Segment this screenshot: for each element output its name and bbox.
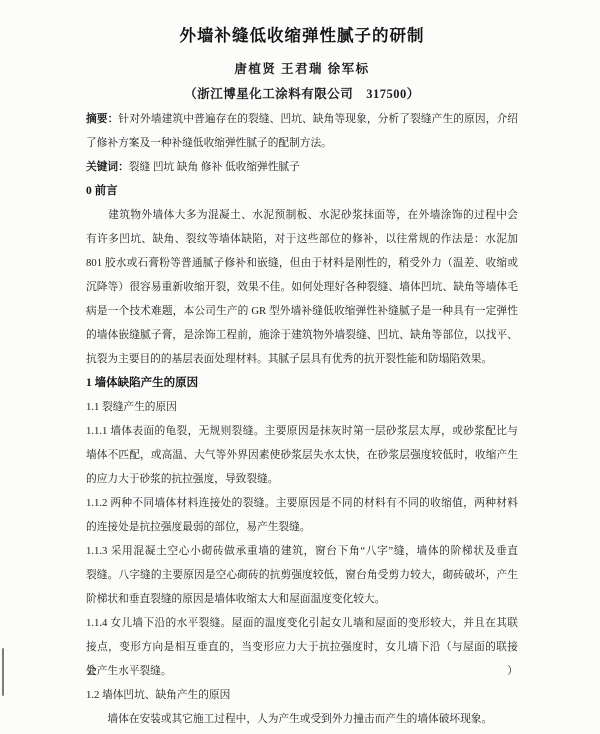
keywords-line: 关键词：裂缝 凹坑 缺角 修补 低收缩弹性腻子 bbox=[86, 155, 518, 179]
page-title: 外墙补缝低收缩弹性腻子的研制 bbox=[86, 22, 518, 46]
text-line: 裂缝。八字缝的主要原因是空心砌砖的抗剪强度较低，窗台角受剪力较大，砌砖破坏，产生 bbox=[86, 563, 518, 587]
text-line: 1.1.3 采用混凝土空心小砌砖做承重墙的建筑，窗台下角“八字”缝，墙体的阶梯状… bbox=[86, 539, 518, 563]
abstract-text-1: 针对外墙建筑中普遍存在的裂缝、凹坑、缺角等现象，分析了裂缝产生的原因，介绍 bbox=[118, 113, 518, 125]
page-content: 外墙补缝低收缩弹性腻子的研制 唐植贤 王君瑞 徐军标 （浙江博星化工涂料有限公司… bbox=[86, 14, 518, 731]
text-line: 的墙体嵌缝腻子膏，是涂饰工程前，施涂于建筑物外墙裂缝、凹坑、缺角等部位，以找平、 bbox=[86, 323, 518, 347]
affiliation-line: （浙江博星化工涂料有限公司 317500） bbox=[86, 84, 518, 102]
body-text: 摘要：针对外墙建筑中普遍存在的裂缝、凹坑、缺角等现象，分析了裂缝产生的原因，介绍… bbox=[86, 107, 518, 731]
keywords-text: 裂缝 凹坑 缺角 修补 低收缩弹性腻子 bbox=[129, 161, 300, 173]
abstract-line-2: 了修补方案及一种补缝低收缩弹性腻子的配制方法。 bbox=[86, 131, 518, 155]
text-line: 有许多凹坑、缺角、裂纹等墙体缺陷，对于这些部位的修补，以往常规的作法是：水泥加 bbox=[86, 227, 518, 251]
paragraph: 1.1.4 女儿墙下沿的水平裂缝。屋面的温度变化引起女儿墙和屋面的变形较大，并且… bbox=[86, 611, 518, 683]
text-line: 墙体在安装或其它施工过程中，人为产生或受到外力撞击而产生的墙体破坏现象。 bbox=[86, 707, 518, 731]
text-line: 病是一个技术难题，本公司生产的 GR 型外墙补缝低收缩弹性补缝腻子是一种具有一定… bbox=[86, 299, 518, 323]
paragraph: 1.1.1 墙体表面的龟裂，无规则裂缝。主要原因是抹灰时第一层砂浆层太厚，或砂浆… bbox=[86, 419, 518, 491]
section-heading: 1.2 墙体凹坑、缺角产生的原因 bbox=[86, 683, 518, 707]
authors-line: 唐植贤 王君瑞 徐军标 bbox=[86, 59, 518, 77]
abstract-label: 摘要： bbox=[86, 113, 118, 125]
abstract-line-1: 摘要：针对外墙建筑中普遍存在的裂缝、凹坑、缺角等现象，分析了裂缝产生的原因，介绍 bbox=[86, 107, 518, 131]
text-line: 墙体不匹配，或高温、大气等外界因素使砂浆层失水太快，在砂浆层强度较低时，收缩产生 bbox=[86, 443, 518, 467]
text-line: 801 胶水或石膏粉等普通腻子修补和嵌缝，但由于材料是刚性的，稍受外力（温差、收… bbox=[86, 251, 518, 275]
scan-artifact bbox=[2, 648, 4, 696]
text-line: 建筑物外墙体大多为混凝土、水泥预制板、水泥砂浆抹面等，在外墙涂饰的过程中会 bbox=[86, 203, 518, 227]
paragraph: 1.1.3 采用混凝土空心小砌砖做承重墙的建筑，窗台下角“八字”缝，墙体的阶梯状… bbox=[86, 539, 518, 611]
document-page: 外墙补缝低收缩弹性腻子的研制 唐植贤 王君瑞 徐军标 （浙江博星化工涂料有限公司… bbox=[0, 0, 600, 734]
section-heading: 1 墙体缺陷产生的原因 bbox=[86, 371, 518, 395]
text-line: 1.1.4 女儿墙下沿的水平裂缝。屋面的温度变化引起女儿墙和屋面的变形较大，并且… bbox=[86, 611, 518, 635]
abstract-text-2: 了修补方案及一种补缝低收缩弹性腻子的配制方法。 bbox=[86, 137, 332, 149]
section-heading: 1.1 裂缝产生的原因 bbox=[86, 395, 518, 419]
paragraph: 1.1.2 两种不同墙体材料连接处的裂缝。主要原因是不同的材料有不同的收缩值，两… bbox=[86, 491, 518, 539]
section-heading: 0 前言 bbox=[86, 179, 518, 203]
paragraph: 建筑物外墙体大多为混凝土、水泥预制板、水泥砂浆抹面等，在外墙涂饰的过程中会有许多… bbox=[86, 203, 518, 371]
text-line: 接点，变形方向是相互垂直的，当变形应力大于抗拉强度时，女儿墙下沿（与屋面的联接处… bbox=[86, 635, 518, 659]
text-line: 的应力大于砂浆的抗拉强度，导致裂缝。 bbox=[86, 467, 518, 491]
keywords-label: 关键词： bbox=[86, 161, 129, 173]
text-line: 1.1.2 两种不同墙体材料连接处的裂缝。主要原因是不同的材料有不同的收缩值，两… bbox=[86, 491, 518, 515]
sections-host: 0 前言 建筑物外墙体大多为混凝土、水泥预制板、水泥砂浆抹面等，在外墙涂饰的过程… bbox=[86, 179, 518, 731]
text-line: 1.1.1 墙体表面的龟裂，无规则裂缝。主要原因是抹灰时第一层砂浆层太厚，或砂浆… bbox=[86, 419, 518, 443]
paragraph: 墙体在安装或其它施工过程中，人为产生或受到外力撞击而产生的墙体破坏现象。 bbox=[86, 707, 518, 731]
text-line: 抗裂为主要目的的基层表面处理材料。其腻子层具有优秀的抗开裂性能和防塌陷效果。 bbox=[86, 347, 518, 371]
text-line: 阶梯状和垂直裂缝的原因是墙体收缩太大和屋面温度变化较大。 bbox=[86, 587, 518, 611]
text-line: 沉降等）很容易重新收缩开裂，效果不佳。如何处理好各种裂缝、墙体凹坑、缺角等墙体毛 bbox=[86, 275, 518, 299]
text-line: 的连接处是抗拉强度最弱的部位，易产生裂缝。 bbox=[86, 515, 518, 539]
